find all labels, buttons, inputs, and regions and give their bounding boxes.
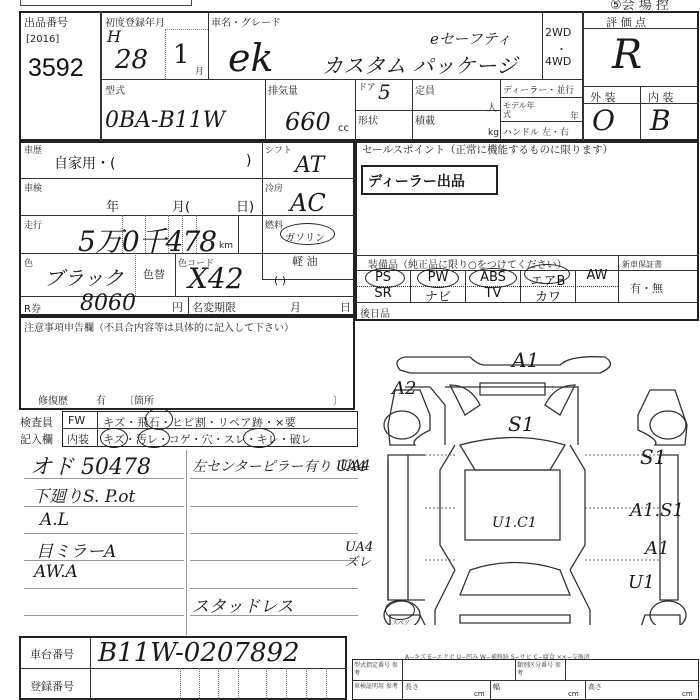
load-unit: kg xyxy=(488,128,499,138)
usage-close: ) xyxy=(246,153,251,169)
lot-number: 3592 xyxy=(28,54,84,83)
repair-close: 〕 xyxy=(333,392,343,407)
mark-roof-rear: U1.C1 xyxy=(492,515,537,531)
handle-label: ハンドル 左・右 xyxy=(503,125,569,138)
capacity-label: 定員 xyxy=(415,82,435,97)
circle-ps xyxy=(365,268,405,288)
cert-label: 車検証明用 参考 xyxy=(354,683,400,691)
shaken-year: 年 xyxy=(106,196,119,215)
mark-left-rear: UA4 ズレ xyxy=(345,540,385,570)
recycle-unit: 円 xyxy=(172,299,183,315)
divider xyxy=(190,478,358,479)
divider xyxy=(100,79,582,80)
divider xyxy=(19,668,347,669)
divider xyxy=(565,659,566,680)
divider xyxy=(186,450,187,635)
chassis-label: 車台番号 xyxy=(30,646,74,662)
lot-label: 出品番号 xyxy=(24,14,68,30)
divider xyxy=(326,668,327,700)
mileage-unit: km xyxy=(219,241,233,251)
circle-tobiishi xyxy=(145,408,173,430)
recycle-label: R券 xyxy=(24,300,41,315)
divider xyxy=(188,296,189,316)
divider xyxy=(100,11,102,141)
fuel-gasoline-circle xyxy=(280,223,335,245)
mark-front-bumper: A1 xyxy=(512,348,539,372)
fuel-other: ( ) xyxy=(274,274,286,287)
fuel-label: 燃料 xyxy=(265,218,283,231)
circle-kizu xyxy=(100,428,128,448)
divider xyxy=(582,28,699,29)
repair-has: 有 xyxy=(96,392,106,407)
color-code-value: X42 xyxy=(188,262,244,295)
repair-places: 〔箇所 xyxy=(124,392,154,407)
warranty-value: 有・無 xyxy=(630,280,663,296)
note-left-4: 目ミラーA xyxy=(36,537,116,562)
divider xyxy=(542,11,543,79)
width-unit: cm xyxy=(568,690,579,698)
divider xyxy=(199,668,200,700)
height-unit: cm xyxy=(682,690,693,698)
circle-sure xyxy=(243,428,275,448)
name-change-day: 日 xyxy=(340,299,351,315)
divider xyxy=(355,302,699,303)
divider xyxy=(238,668,239,700)
divider xyxy=(500,79,501,141)
sales-points-label: セールスポイント（正常に機能するものに限ります） xyxy=(362,142,613,157)
repair-label: 修復歴 xyxy=(38,392,68,407)
top-cutoff-strip xyxy=(20,0,192,6)
warranty-label: 新車保証書 xyxy=(622,259,662,270)
divider xyxy=(618,255,619,302)
displacement-unit: cc xyxy=(338,123,349,134)
mark-windshield: S1 xyxy=(508,412,534,436)
doors-label: ドア xyxy=(358,80,376,93)
shape-label: 形状 xyxy=(358,112,378,127)
car-name-label: 車名・グレード xyxy=(211,14,281,29)
divider xyxy=(582,11,584,141)
category-label: 類別区分番号 参考 xyxy=(517,662,563,678)
divider xyxy=(640,86,641,141)
score-value: R xyxy=(612,32,642,78)
model-label: 型式 xyxy=(105,82,125,97)
divider xyxy=(355,110,500,111)
recycle-value: 8060 xyxy=(80,291,136,316)
usage-value: 自家用・( xyxy=(54,153,115,173)
circle-yogore xyxy=(138,428,170,448)
notes-label: 注意事項申告欄（不具合内容等は具体的に記入して下さい） xyxy=(24,319,294,334)
month-unit: 月 xyxy=(195,64,204,77)
note-right-6: スタッドレス xyxy=(192,592,294,617)
dealer-label: ディーラー・並行 xyxy=(503,83,574,96)
divider xyxy=(218,668,219,700)
divider xyxy=(24,615,184,616)
mark-right-front-door: S1 xyxy=(640,445,666,469)
note-left-2: 下廻りS. P.ot xyxy=(32,482,135,507)
divider xyxy=(352,680,699,681)
equip-sr: SR xyxy=(357,286,409,301)
divider xyxy=(24,588,184,589)
divider xyxy=(135,253,136,296)
dealer-stamp-text: ディーラー出品 xyxy=(363,167,496,195)
spare-label: スペア xyxy=(392,618,410,627)
first-reg-year: 28 xyxy=(115,45,148,75)
divider xyxy=(490,680,491,700)
divider xyxy=(19,178,355,179)
dealer-stamp: ディーラー出品 xyxy=(361,165,498,195)
equip-aw: AW xyxy=(577,268,617,283)
fw-label: FW xyxy=(68,414,85,427)
first-reg-month: 1 xyxy=(173,40,190,70)
equip-tv: TV xyxy=(467,286,519,301)
model-value: 0BA-B11W xyxy=(105,108,225,133)
note-left-1: オド 50478 xyxy=(30,450,151,481)
divider xyxy=(190,588,358,589)
divider xyxy=(265,79,266,141)
divider xyxy=(500,121,582,122)
divider xyxy=(585,680,586,700)
shift-value: AT xyxy=(295,153,324,178)
mark-front-left-fender: A2 xyxy=(392,378,416,399)
divider xyxy=(500,97,582,98)
length-label: 長さ xyxy=(405,682,419,692)
car-name: ek xyxy=(228,36,274,80)
lot-year: [2016] xyxy=(26,34,59,45)
mark-right-rear-wheel: A1 xyxy=(645,538,669,559)
mark-left-pillar: UA4 xyxy=(340,458,370,474)
chassis-value: B11W-0207892 xyxy=(98,638,300,668)
circle-abs xyxy=(469,268,517,288)
interior-items-label: 内装 xyxy=(67,431,89,447)
capacity-unit: 人 xyxy=(487,99,497,114)
note-left-5: AW.A xyxy=(34,562,78,582)
divider xyxy=(262,141,263,279)
divider xyxy=(24,533,184,534)
divider xyxy=(208,11,209,79)
reg-label: 登録番号 xyxy=(30,678,74,694)
ac-label: 冷房 xyxy=(265,181,283,194)
color-label: 色 xyxy=(24,256,33,269)
load-label: 積載 xyxy=(415,112,435,127)
fuel-diesel: 軽 油 xyxy=(292,253,318,269)
name-change-month: 月 xyxy=(290,299,301,315)
interior-grade: B xyxy=(650,104,671,137)
usage-label: 車歴 xyxy=(24,143,42,156)
divider xyxy=(165,29,166,79)
height-label: 高さ xyxy=(588,682,602,692)
divider xyxy=(97,411,98,447)
first-reg-era: H xyxy=(107,27,121,46)
doors-value: 5 xyxy=(378,80,391,104)
mileage-label: 走行 xyxy=(24,218,42,231)
length-unit: cm xyxy=(474,690,485,698)
divider xyxy=(190,506,358,507)
divider xyxy=(165,29,208,30)
shift-label: シフト xyxy=(265,143,292,156)
circle-airbag xyxy=(524,264,570,284)
divider xyxy=(286,668,287,700)
later-items-label: 後日品 xyxy=(360,305,390,320)
displacement-label: 排気量 xyxy=(268,82,298,97)
drive-2wd: 2WD xyxy=(545,26,571,39)
width-label: 幅 xyxy=(493,682,500,692)
divider xyxy=(402,659,403,700)
car-grade: カスタム パッケージ xyxy=(322,50,517,80)
circle-pw xyxy=(417,268,459,288)
color-change-label: 色替 xyxy=(143,266,165,282)
divider xyxy=(190,560,358,561)
shaken-day: 日) xyxy=(236,196,254,215)
color-value: ブラック xyxy=(44,262,124,291)
divider xyxy=(190,533,358,534)
ac-value: AC xyxy=(290,189,326,217)
fw-items: キズ・飛石・ヒビ割・リペア跡・×要 xyxy=(103,414,296,430)
divider xyxy=(175,253,176,296)
drive-4wd: 4WD xyxy=(545,55,571,68)
divider xyxy=(180,668,181,700)
mark-right-rear-door: A1.S1 xyxy=(630,500,684,521)
car-grade-note: eセーフティ xyxy=(430,28,511,49)
inspector-label-1: 検査員 xyxy=(20,414,53,430)
model-year-label: モデル年式 xyxy=(503,101,538,119)
spare-tire xyxy=(385,600,415,620)
shaken-month: 月( xyxy=(172,196,190,215)
divider xyxy=(266,668,267,700)
divider xyxy=(238,215,239,253)
type-designation-label: 型式指定番号 参考 xyxy=(354,662,400,678)
divider xyxy=(19,296,355,297)
displacement-value: 660 xyxy=(285,108,331,136)
divider xyxy=(306,668,307,700)
divider xyxy=(515,659,516,680)
note-left-3: A.L xyxy=(40,510,69,530)
mark-right-rear-quarter: U1 xyxy=(628,572,655,593)
shaken-label: 車検 xyxy=(24,181,42,194)
mileage-value: 5万0千478 xyxy=(78,220,216,260)
inspector-label-2: 記入欄 xyxy=(20,431,53,447)
name-change-label: 名変期限 xyxy=(192,299,236,315)
interior-items: キズ・汚レ・コゲ・穴・スレ・キレ・破レ xyxy=(103,431,312,447)
exterior-grade: O xyxy=(592,104,615,137)
